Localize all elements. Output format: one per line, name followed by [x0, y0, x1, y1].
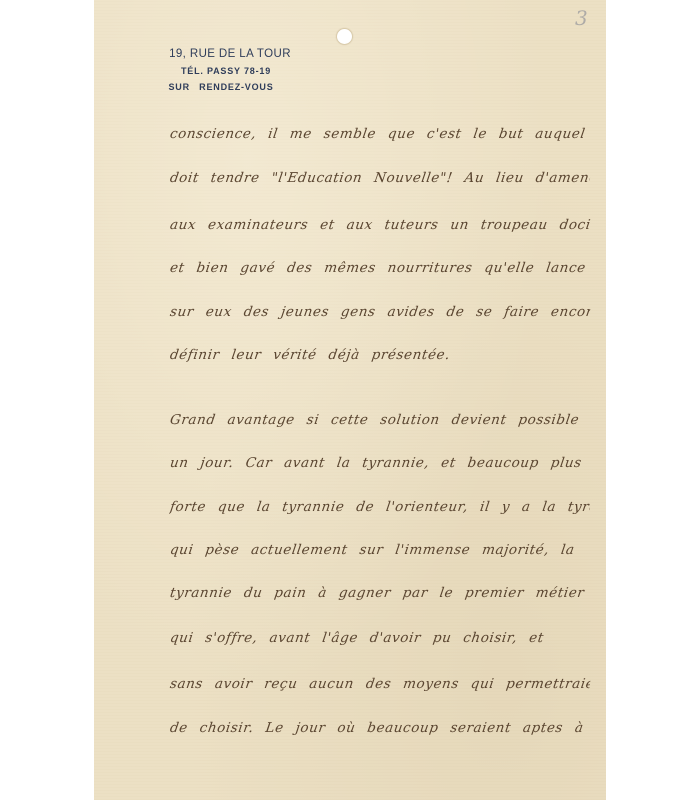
letterhead-telephone: TÉL. PASSY 78-19: [156, 66, 296, 76]
letterhead-address: 19, RUE DE LA TOUR: [164, 48, 296, 60]
letterhead: 19, RUE DE LA TOUR TÉL. PASSY 78-19 SUR …: [146, 48, 296, 92]
handwritten-line: qui s'offre, avant l'âge d'avoir pu choi…: [169, 630, 591, 646]
handwritten-line: de choisir. Le jour où beaucoup seraient…: [169, 720, 591, 736]
punch-hole: [337, 29, 352, 44]
handwritten-line: qui pèse actuellement sur l'immense majo…: [169, 542, 591, 558]
handwritten-line: Grand avantage si cette solution devient…: [169, 412, 591, 428]
handwritten-line: et bien gavé des mêmes nourritures qu'el…: [169, 260, 591, 276]
handwritten-line: tyrannie du pain à gagner par le premier…: [169, 585, 591, 601]
page-number: 3: [575, 6, 588, 30]
handwritten-line: aux examinateurs et aux tuteurs un troup…: [169, 217, 591, 233]
letterhead-appointment: SUR RENDEZ-VOUS: [146, 82, 296, 92]
handwritten-line: définir leur vérité déjà présentée.: [169, 347, 591, 363]
handwritten-line: un jour. Car avant la tyrannie, et beauc…: [169, 455, 591, 471]
handwritten-line: sur eux des jeunes gens avides de se fai…: [169, 304, 591, 320]
handwritten-line: sans avoir reçu aucun des moyens qui per…: [169, 676, 591, 692]
handwritten-line: forte que la tyrannie de l'orienteur, il…: [169, 499, 591, 515]
letter-page: 3 19, RUE DE LA TOUR TÉL. PASSY 78-19 SU…: [94, 0, 606, 800]
handwritten-line: conscience, il me semble que c'est le bu…: [169, 126, 591, 142]
handwritten-line: doit tendre "l'Education Nouvelle"! Au l…: [169, 170, 591, 186]
